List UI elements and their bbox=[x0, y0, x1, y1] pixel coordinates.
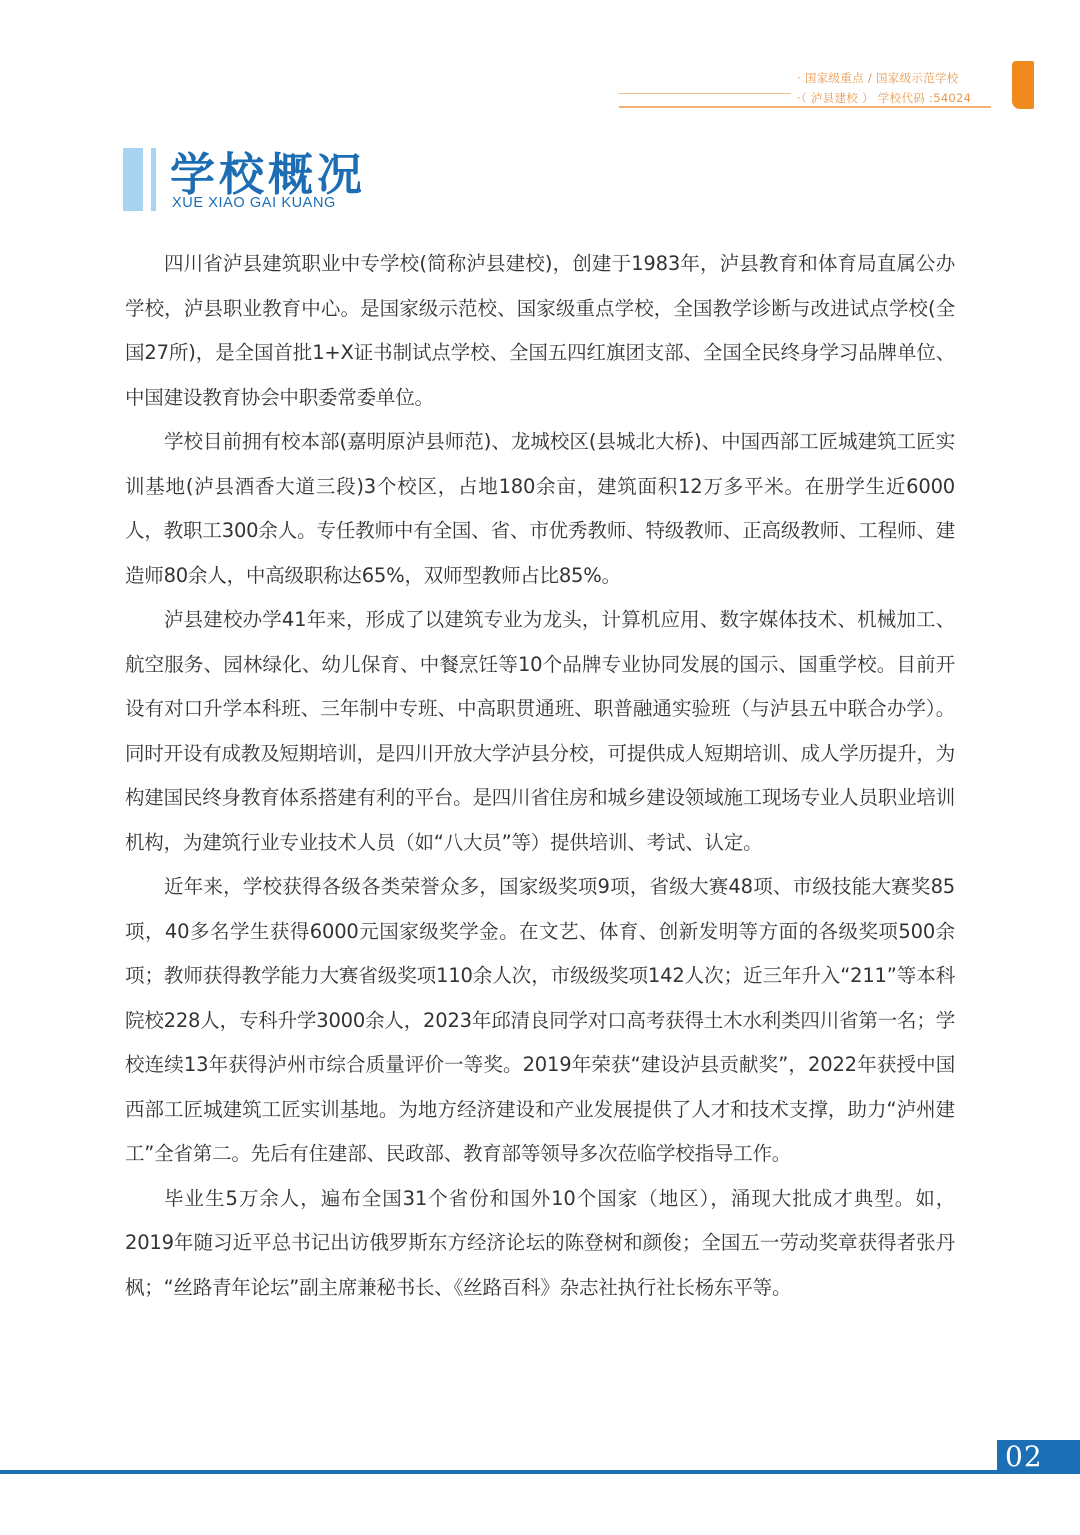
section-subtitle-pinyin: XUE XIAO GAI KUANG bbox=[172, 195, 336, 211]
paragraph-campuses: 学校目前拥有校本部(嘉明原泸县师范)、龙城校区(县城北大桥)、中国西部工匠城建筑… bbox=[125, 420, 955, 598]
section-title: 学校概况 bbox=[170, 138, 366, 203]
footer-divider bbox=[0, 1470, 1080, 1474]
paragraph-intro: 四川省泸县建筑职业中专学校(简称泸县建校)，创建于1983年，泸县教育和体育局直… bbox=[125, 242, 955, 420]
article-body: 四川省泸县建筑职业中专学校(简称泸县建校)，创建于1983年，泸县教育和体育局直… bbox=[125, 242, 955, 1310]
paragraph-graduates: 毕业生5万余人，遍布全国31个省份和国外10个国家（地区），涌现大批成才典型。如… bbox=[125, 1177, 955, 1311]
header-divider-short bbox=[619, 93, 791, 94]
header-divider-long bbox=[619, 106, 991, 108]
header-school-code: ·（ 泸县建校 ） 学校代码 :54024 bbox=[797, 90, 971, 106]
title-decor-bar-thin bbox=[151, 148, 156, 211]
header-school-rank: · 国家级重点 / 国家级示范学校 bbox=[797, 70, 959, 86]
title-decor-bar-wide bbox=[123, 148, 143, 211]
page-number: 02 bbox=[1005, 1440, 1043, 1474]
paragraph-honors: 近年来，学校获得各级各类荣誉众多，国家级奖项9项，省级大赛48项、市级技能大赛奖… bbox=[125, 865, 955, 1177]
header-orange-tab bbox=[1012, 61, 1034, 109]
paragraph-programs: 泸县建校办学41年来，形成了以建筑专业为龙头，计算机应用、数字媒体技术、机械加工… bbox=[125, 598, 955, 865]
